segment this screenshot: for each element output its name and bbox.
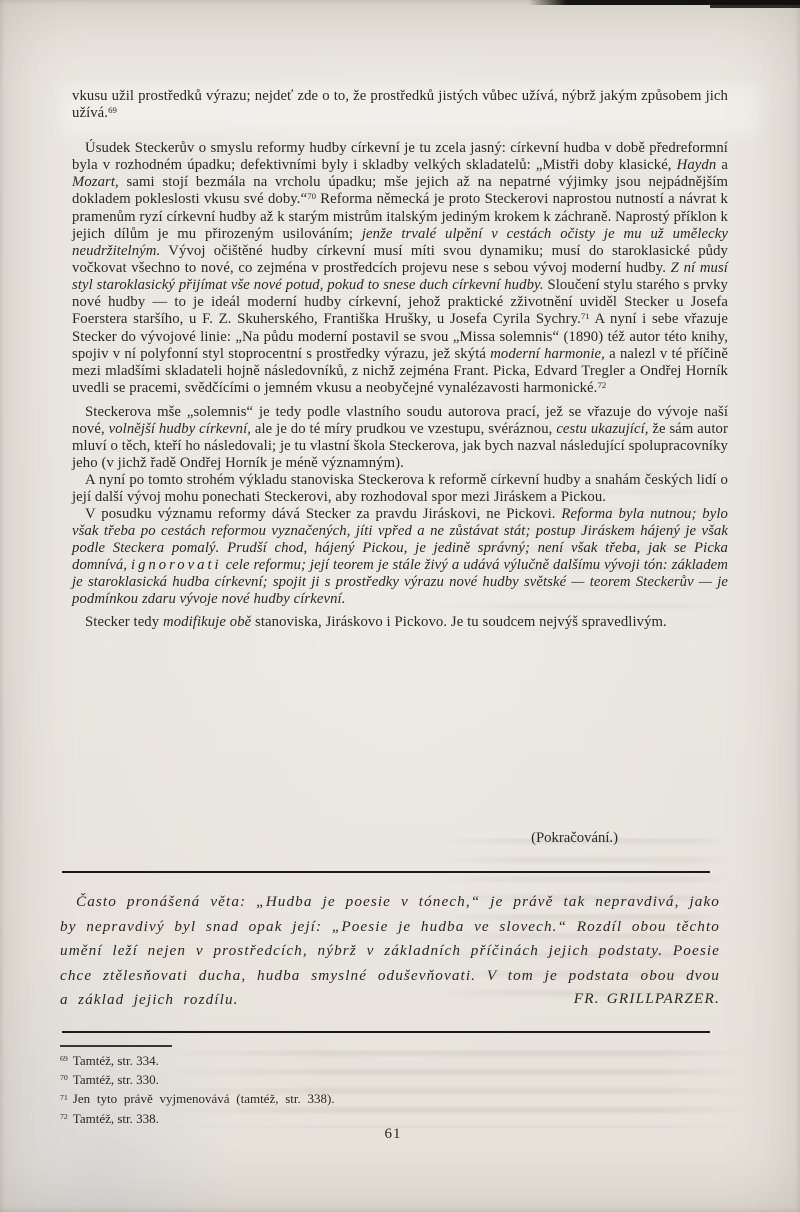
body-text-column: vkusu užil prostředků výrazu; nejdeť zde… — [72, 88, 728, 631]
scanned-book-page: vkusu užil prostředků výrazu; nejdeť zde… — [0, 0, 800, 1212]
footnote-70: 70Tamtéž, str. 330. — [60, 1071, 720, 1090]
footnote-number: 72 — [60, 1112, 68, 1121]
footnote-separator-rule — [60, 1045, 172, 1047]
body-paragraph-2: Úsudek Steckerův o smyslu reformy hudby … — [72, 140, 728, 398]
footnote-69: 69Tamtéž, str. 334. — [60, 1052, 720, 1071]
footnote-text: Tamtéž, str. 330. — [73, 1072, 159, 1087]
page-number: 61 — [0, 1126, 786, 1143]
footnote-text: Tamtéž, str. 338. — [73, 1111, 159, 1126]
body-paragraph-5: V posudku významu reformy dává Stecker z… — [72, 506, 728, 608]
footnote-number: 70 — [60, 1073, 68, 1082]
body-paragraph-1: vkusu užil prostředků výrazu; nejdeť zde… — [72, 88, 728, 123]
footnote-text: Tamtéž, str. 334. — [73, 1053, 159, 1068]
body-paragraph-6: Stecker tedy modifikuje obě stanoviska, … — [72, 614, 728, 631]
footnote-number: 71 — [60, 1093, 68, 1102]
epigraph-attribution: FR. GRILLPARZER. — [558, 987, 720, 1012]
footnote-71: 71Jen tyto právě vyjmenovává (tamtéž, st… — [60, 1090, 720, 1109]
epigraph-quote: Často pronášená věta: „Hudba je poesie v… — [60, 890, 720, 1013]
body-paragraph-4: A nyní po tomto strohém výkladu stanovis… — [72, 472, 728, 506]
body-paragraph-3: Steckerova mše „solemnis“ je tedy podle … — [72, 404, 728, 472]
continuation-note: (Pokračování.) — [531, 830, 618, 847]
footnote-number: 69 — [60, 1054, 68, 1063]
footnote-text: Jen tyto právě vyjmenovává (tamtéž, str.… — [73, 1091, 335, 1106]
footnotes-block: 69Tamtéž, str. 334. 70Tamtéž, str. 330. … — [60, 1052, 720, 1129]
bottom-divider-rule — [62, 1031, 710, 1033]
scan-edge-artifact-top-right — [710, 0, 800, 8]
section-divider-rule — [62, 871, 710, 873]
